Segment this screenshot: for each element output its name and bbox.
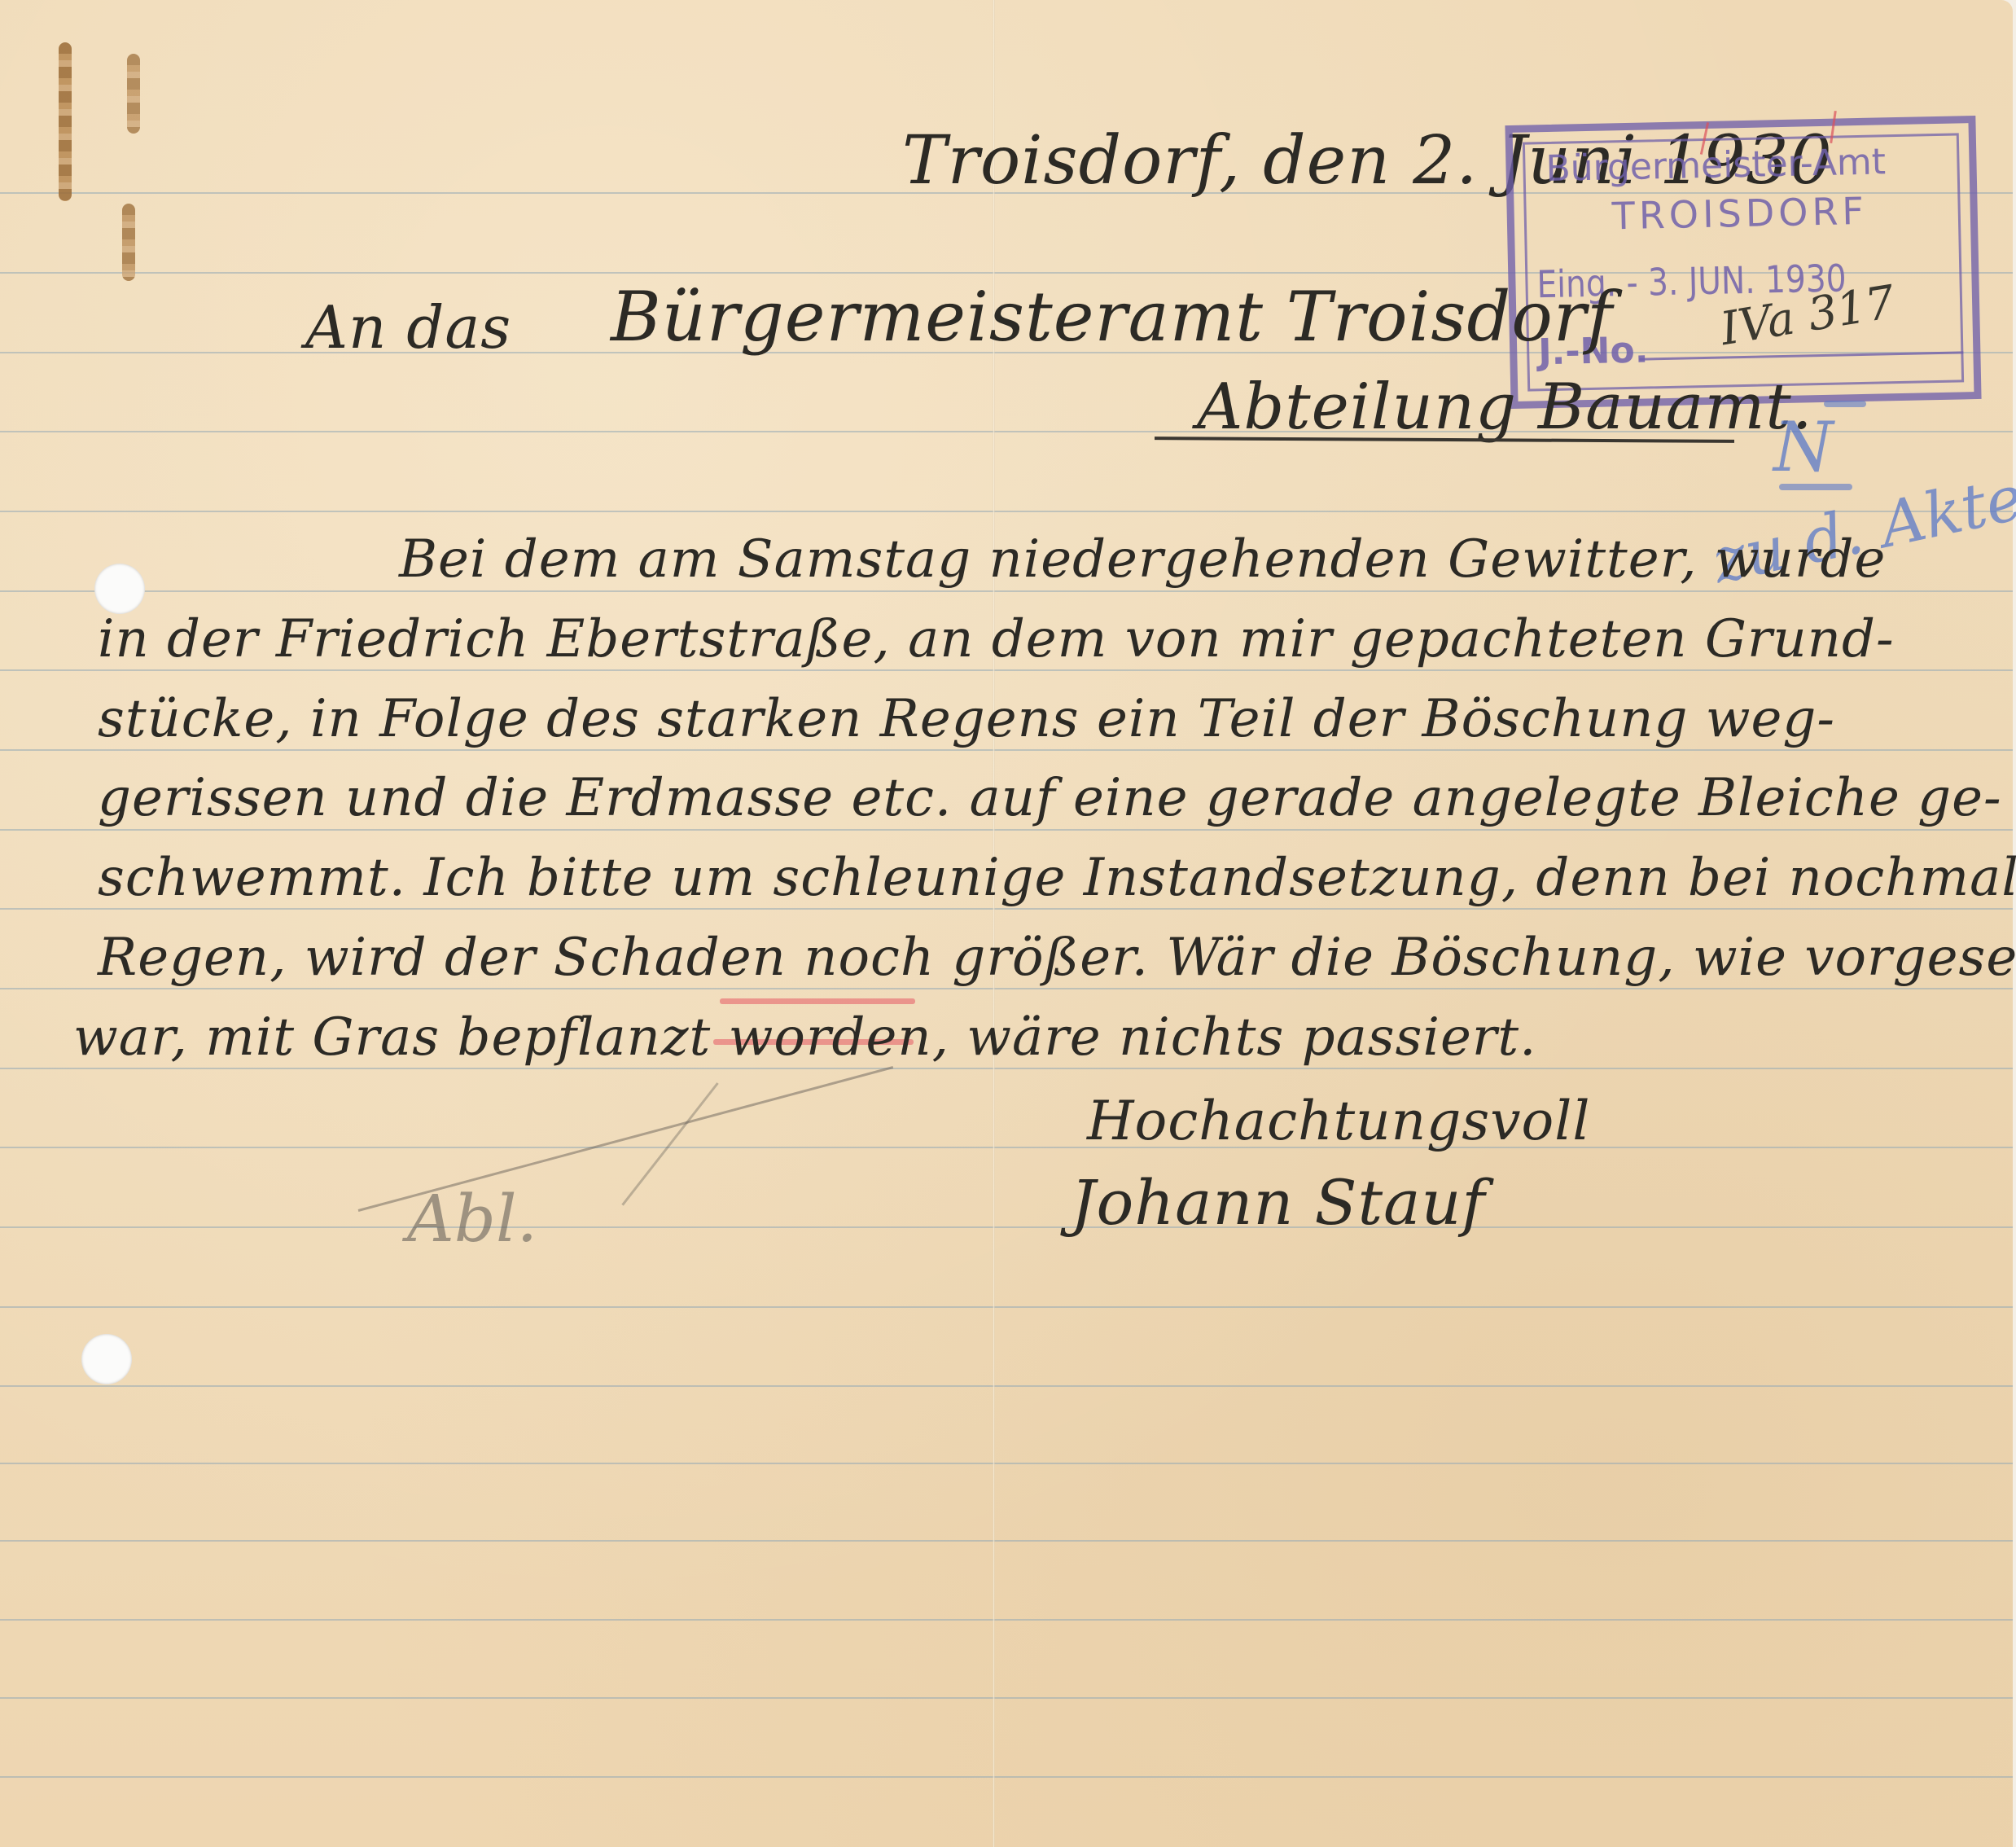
body-line-1: Bei dem am Samstag niedergehenden Gewitt…	[399, 529, 1886, 590]
receipt-stamp: Bürgermeister-Amt TROISDORF Eing. - 3. J…	[1505, 116, 1981, 409]
ruled-line	[0, 1385, 2013, 1387]
address-recipient: Bürgermeisteramt Troisdorf	[611, 277, 1613, 357]
body-line-6: Regen, wird der Schaden noch größer. Wär…	[98, 928, 2016, 988]
ruled-line	[0, 1776, 2013, 1778]
punch-hole	[94, 564, 145, 614]
closing-salutation: Hochachtungsvoll	[1087, 1090, 1590, 1152]
ruled-line	[0, 829, 2013, 831]
rust-stain	[59, 42, 72, 201]
stamp-town: TROISDORF	[1611, 189, 1868, 239]
ruled-line	[0, 908, 2013, 910]
ruled-line	[0, 749, 2013, 751]
ruled-line	[0, 1068, 2013, 1069]
pencil-line	[358, 1066, 894, 1212]
letter-paper: Troisdorf, den 2. Juni 1930 Bürgermeiste…	[0, 0, 2013, 1847]
body-line-3: stücke, in Folge des starken Regens ein …	[98, 689, 1835, 749]
ruled-line	[0, 1540, 2013, 1542]
rust-stain	[127, 54, 140, 134]
ruled-line	[0, 1697, 2013, 1699]
body-line-5: schwemmt. Ich bitte um schleunige Instan…	[98, 848, 2016, 908]
ruled-line	[0, 669, 2013, 671]
ruled-line	[0, 988, 2013, 989]
address-prefix: An das	[305, 293, 511, 362]
ruled-line	[0, 1619, 2013, 1621]
blue-pencil-bar	[1824, 401, 1866, 407]
ruled-line	[0, 1306, 2013, 1308]
punch-hole	[81, 1334, 132, 1384]
body-line-7: war, mit Gras bepflanzt worden, wäre nic…	[73, 1007, 1536, 1068]
stamp-office: Bürgermeister-Amt	[1545, 141, 1886, 190]
rust-stain	[122, 204, 135, 281]
address-department: Abteilung Bauamt.	[1197, 371, 1813, 444]
body-line-2: in der Friedrich Ebertstraße, an dem von…	[98, 609, 1895, 669]
body-line-4: gerissen und die Erdmasse etc. auf eine …	[98, 768, 2002, 828]
pencil-stroke	[621, 1082, 718, 1206]
blue-pencil-bar	[1779, 484, 1852, 490]
ruled-line	[0, 1463, 2013, 1464]
ruled-line	[0, 1147, 2013, 1148]
ruled-line	[0, 590, 2013, 592]
red-double-underline	[720, 998, 915, 1004]
ruled-line	[0, 511, 2013, 512]
blue-pencil-letter: N	[1773, 407, 1834, 487]
ruled-line	[0, 1226, 2013, 1228]
signature: Johann Stauf	[1071, 1166, 1486, 1239]
